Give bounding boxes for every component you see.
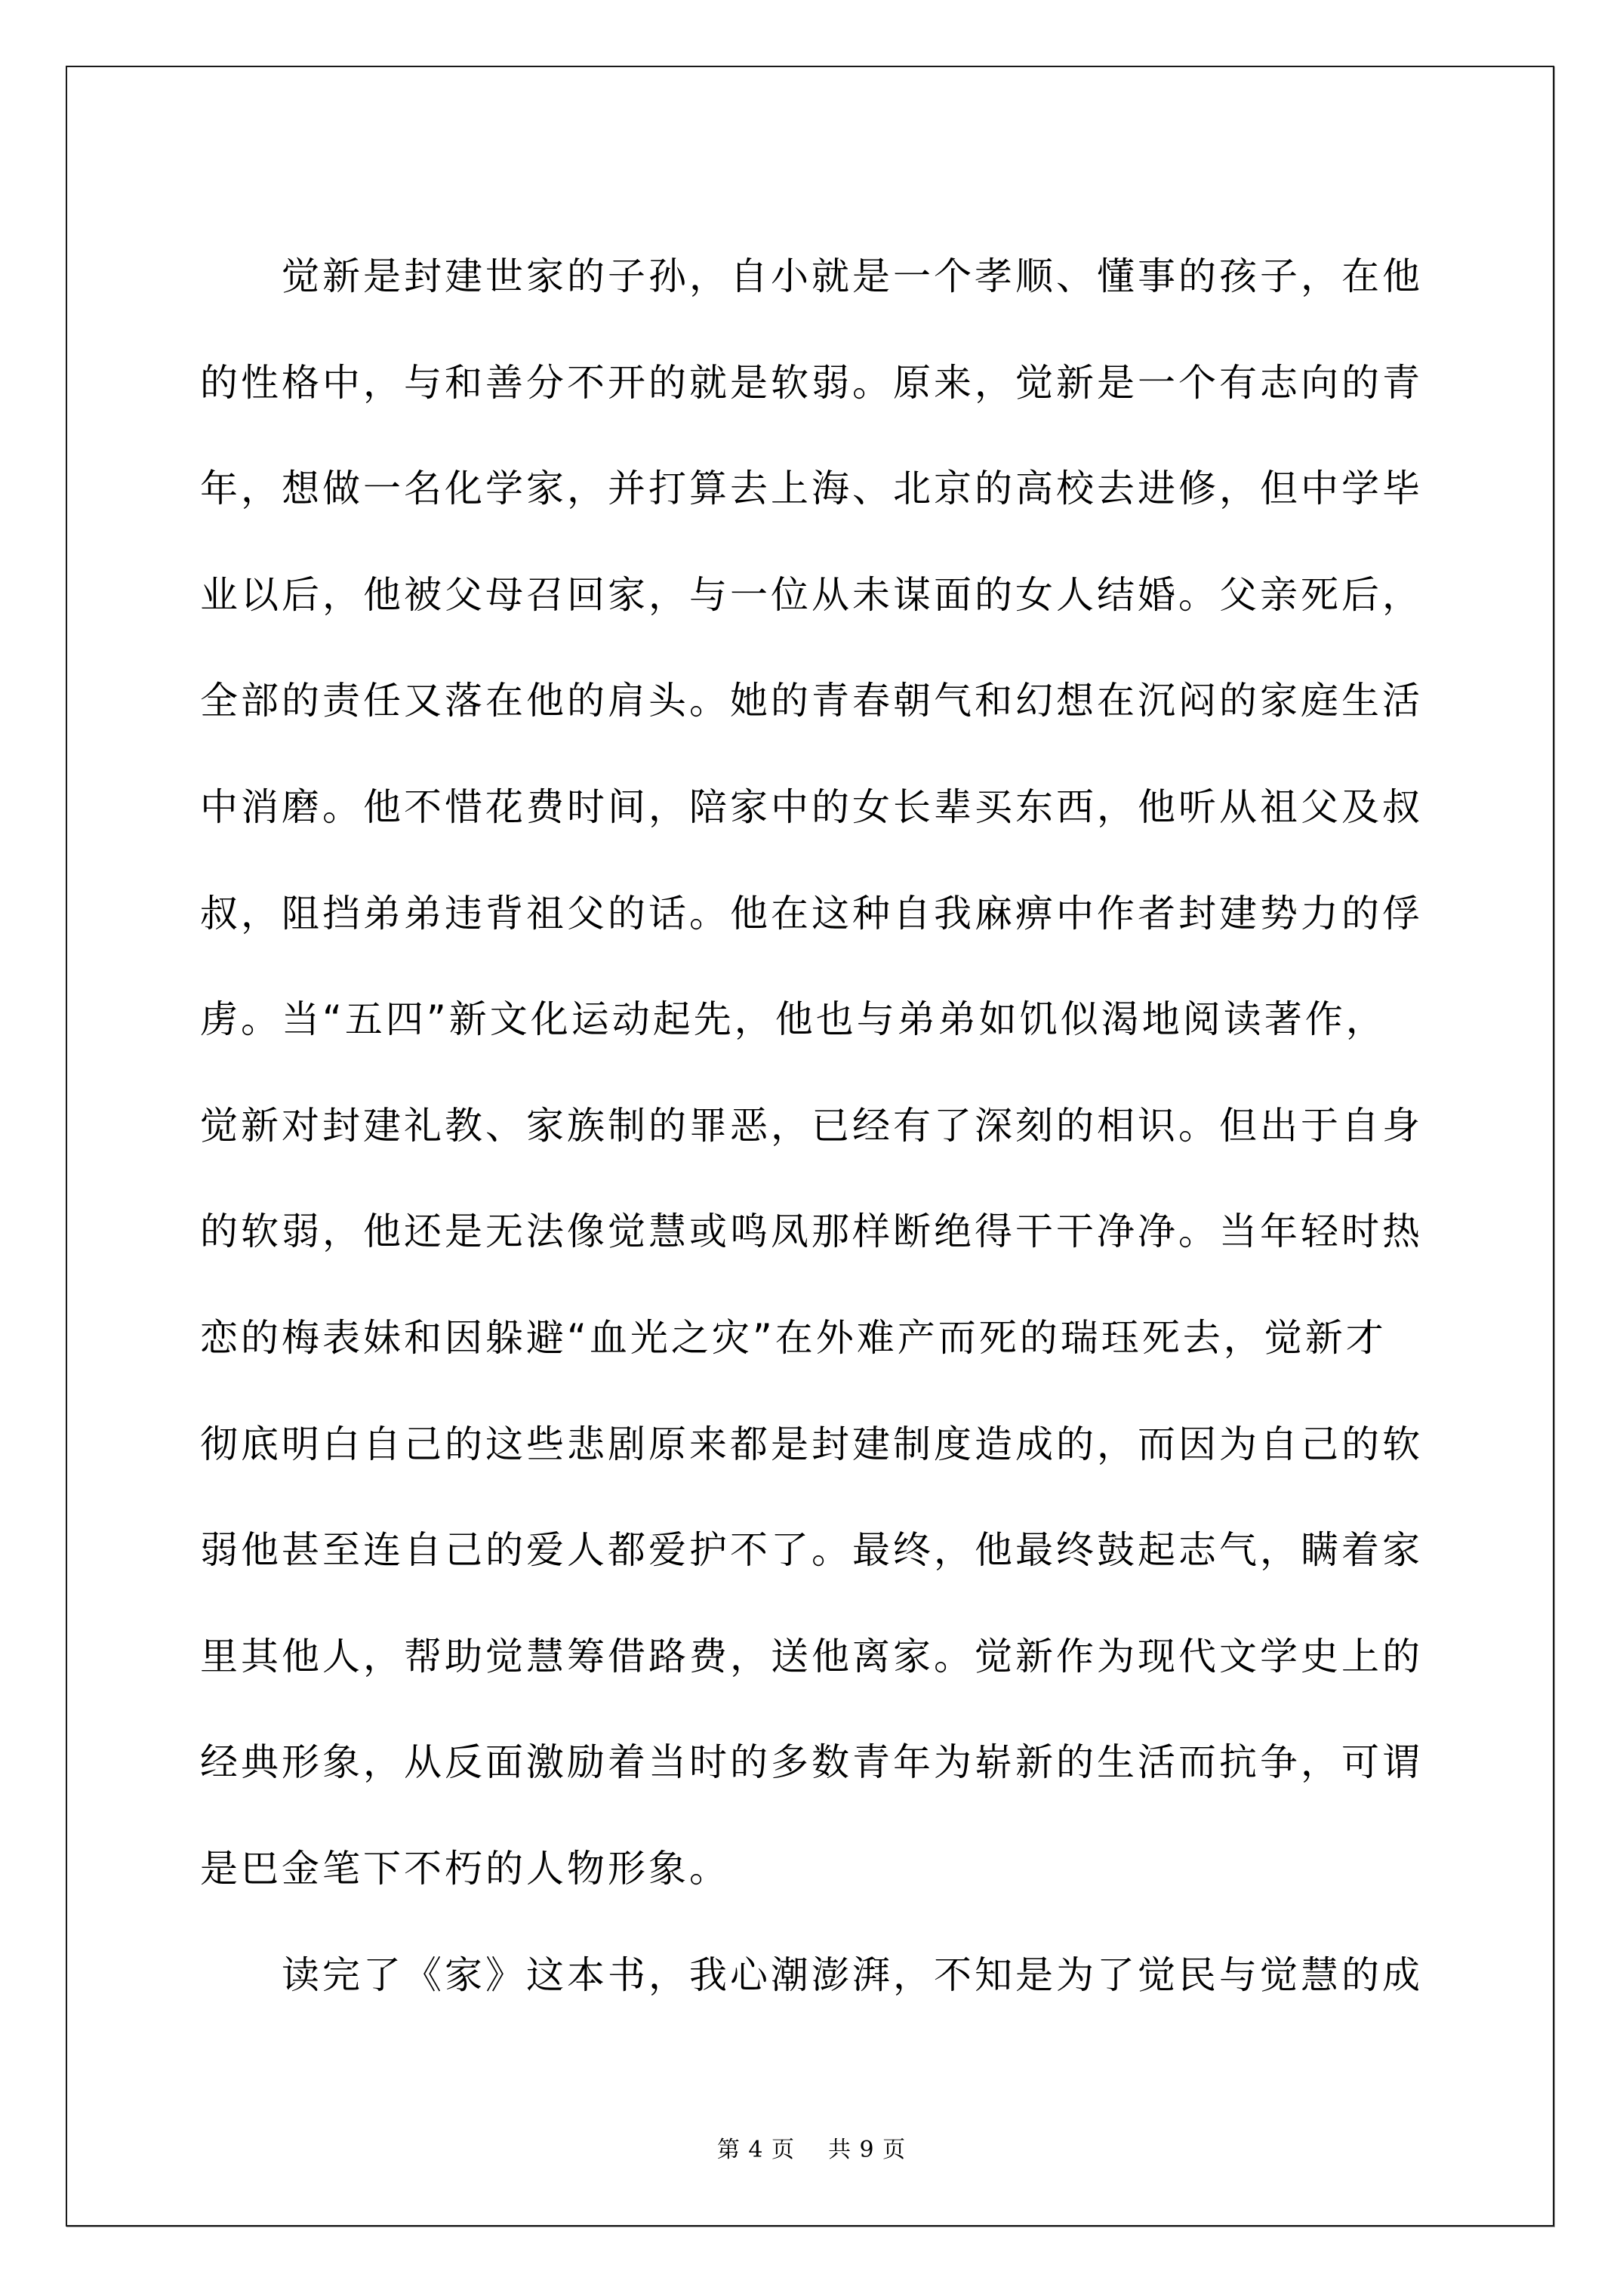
text-line: 彻底明白自己的这些悲剧原来都是封建制度造成的，而因为自己的软 (200, 1391, 1438, 1498)
text-line: 弱他甚至连自己的爱人都爱护不了。最终，他最终鼓起志气，瞒着家 (200, 1497, 1438, 1604)
text-line: 是巴金笔下不朽的人物形象。 (200, 1816, 1438, 1922)
total-pages-label: 共 9 页 (828, 2131, 906, 2164)
text-line: 读完了《家》这本书，我心潮澎湃，不知是为了觉民与觉慧的成 (200, 1922, 1438, 2029)
text-line: 觉新对封建礼教、家族制的罪恶，已经有了深刻的相识。但出于自身 (200, 1073, 1438, 1179)
text-line: 恋的梅表妹和因躲避“血光之灾”在外难产而死的瑞珏死去，觉新才 (200, 1285, 1438, 1391)
text-line: 虏。当“五四”新文化运动起先，他也与弟弟如饥似渴地阅读著作， (200, 966, 1438, 1073)
page-footer: 第 4 页共 9 页 (0, 2131, 1623, 2164)
text-line: 经典形象，从反面激励着当时的多数青年为崭新的生活而抗争，可谓 (200, 1709, 1438, 1816)
current-page-label: 第 4 页 (717, 2131, 795, 2164)
text-line: 全部的责任又落在他的肩头。她的青春朝气和幻想在沉闷的家庭生活 (200, 648, 1438, 754)
document-body: 觉新是封建世家的子孙，自小就是一个孝顺、懂事的孩子，在他 的性格中，与和善分不开… (200, 223, 1438, 2028)
text-line: 叔，阻挡弟弟违背祖父的话。他在这种自我麻痹中作者封建势力的俘 (200, 861, 1438, 967)
text-line: 的性格中，与和善分不开的就是软弱。原来，觉新是一个有志向的青 (200, 330, 1438, 436)
paragraph-1: 觉新是封建世家的子孙，自小就是一个孝顺、懂事的孩子，在他 的性格中，与和善分不开… (200, 223, 1438, 1922)
text-line: 觉新是封建世家的子孙，自小就是一个孝顺、懂事的孩子，在他 (200, 223, 1438, 330)
text-line: 中消磨。他不惜花费时间，陪家中的女长辈买东西，他听从祖父及叔 (200, 754, 1438, 861)
text-line: 里其他人，帮助觉慧筹借路费，送他离家。觉新作为现代文学史上的 (200, 1604, 1438, 1710)
paragraph-2: 读完了《家》这本书，我心潮澎湃，不知是为了觉民与觉慧的成 (200, 1922, 1438, 2029)
text-line: 年，想做一名化学家，并打算去上海、北京的高校去进修，但中学毕 (200, 436, 1438, 542)
text-line: 业以后，他被父母召回家，与一位从未谋面的女人结婚。父亲死后， (200, 542, 1438, 649)
text-line: 的软弱，他还是无法像觉慧或鸣凤那样断绝得干干净净。当年轻时热 (200, 1179, 1438, 1285)
